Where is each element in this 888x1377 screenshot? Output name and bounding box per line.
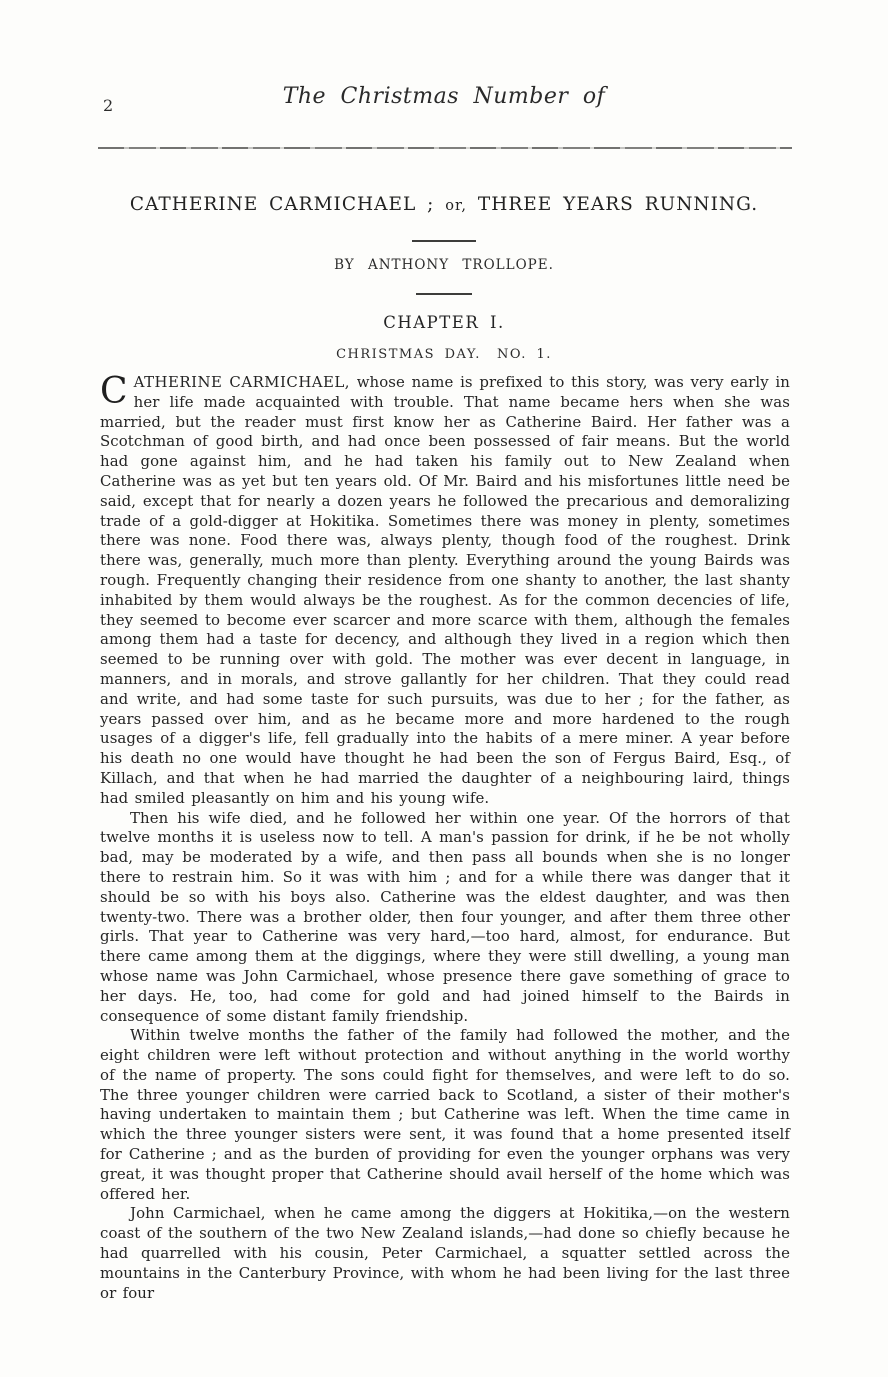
- story-title-or: or,: [445, 198, 467, 214]
- title-divider: [412, 240, 476, 242]
- chapter-heading: CHAPTER I.: [0, 313, 888, 332]
- story-title-left: CATHERINE CARMICHAEL ;: [130, 194, 435, 215]
- paragraph-1-text: whose name is prefixed to this story, wa…: [100, 373, 790, 807]
- section-heading-label: CHRISTMAS DAY.: [336, 347, 481, 362]
- paragraph-3: Within twelve months the father of the f…: [100, 1026, 790, 1204]
- section-heading: CHRISTMAS DAY.NO. 1.: [0, 347, 888, 362]
- section-heading-number: NO. 1.: [497, 347, 552, 362]
- running-title: The Christmas Number of: [0, 84, 888, 109]
- document-page: 2 The Christmas Number of CATHERINE CARM…: [0, 0, 888, 1377]
- story-title: CATHERINE CARMICHAEL ; or, THREE YEARS R…: [0, 194, 888, 215]
- paragraph-4: John Carmichael, when he came among the …: [100, 1204, 790, 1303]
- header-rule: [98, 147, 792, 149]
- story-title-right: THREE YEARS RUNNING.: [478, 194, 758, 215]
- byline-divider: [416, 293, 472, 295]
- drop-cap: C: [100, 373, 134, 409]
- story-body: CATHERINE CARMICHAEL, whose name is pref…: [100, 373, 790, 1303]
- paragraph-1-lead-caps: ATHERINE CARMICHAEL,: [134, 373, 350, 391]
- paragraph-1: CATHERINE CARMICHAEL, whose name is pref…: [100, 373, 790, 809]
- byline: BY ANTHONY TROLLOPE.: [0, 257, 888, 273]
- paragraph-2: Then his wife died, and he followed her …: [100, 809, 790, 1027]
